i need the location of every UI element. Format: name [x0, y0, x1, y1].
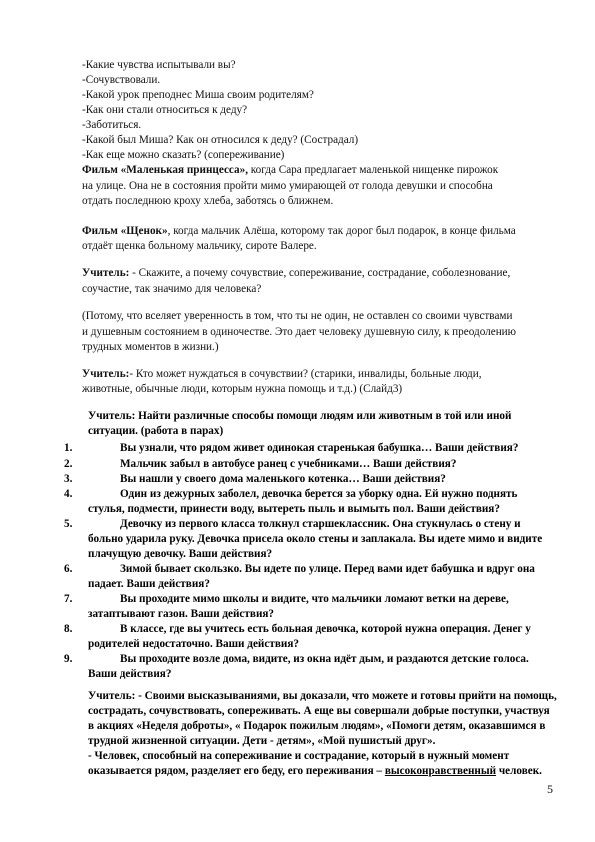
situation-number: 2.	[64, 457, 72, 471]
teacher-label: Учитель:	[82, 267, 129, 279]
film1-line: на улице. Она не в состояния пройти мимо…	[82, 179, 493, 193]
conclusion-line: в акциях «Неделя доброты», « Подарок пож…	[88, 719, 545, 733]
film1-paragraph: Фильм «Маленькая принцесса», когда Сара …	[82, 163, 498, 177]
situation-text: В классе, где вы учитесь есть больная де…	[120, 622, 531, 636]
film2-line: отдаёт щенка больному мальчику, сироте В…	[82, 239, 317, 253]
answer-line: трудных моментов в жизни.)	[82, 340, 219, 354]
situation-text: родителей недостаточно. Ваши действия?	[88, 637, 299, 651]
situation-number: 9.	[64, 652, 72, 666]
situation-text: падает. Ваши действия?	[88, 577, 210, 591]
situation-text: больно ударила руку. Девочка присела око…	[88, 532, 542, 546]
conclusion-line: сострадать, сочувствовать, сопереживать.…	[88, 704, 550, 718]
film2-title: Фильм «Щенок»	[82, 225, 168, 237]
task-heading: ситуации. (работа в парах)	[88, 424, 223, 438]
situation-text: Вы нашли у своего дома маленького котенк…	[120, 472, 446, 486]
situation-text: стулья, подмести, принести воду, вытерет…	[88, 502, 500, 516]
dialog-line: -Сочувствовали.	[82, 73, 160, 87]
situation-text: Ваши действия?	[88, 667, 171, 681]
teacher-question-text: - Скажите, а почему сочувствие, сопережи…	[129, 267, 510, 279]
situation-number: 8.	[64, 622, 72, 636]
situation-text: Один из дежурных заболел, девочка беретс…	[120, 487, 517, 501]
teacher-question-2: Учитель:- Кто может нуждаться в сочувств…	[82, 367, 482, 381]
teacher-label: Учитель:	[82, 368, 129, 380]
underlined-word: высоконравственный	[385, 765, 496, 777]
situation-number: 5.	[64, 517, 72, 531]
teacher-question-line: животные, обычные люди, которым нужна по…	[82, 382, 402, 396]
teacher-question-line: соучастие, так значимо для человека?	[82, 282, 261, 296]
task-heading: Учитель: Найти различные способы помощи …	[88, 409, 511, 423]
dialog-line: -Какие чувства испытывали вы?	[82, 58, 236, 72]
film1-title: Фильм «Маленькая принцесса»,	[82, 164, 248, 176]
conclusion-text: человек.	[496, 765, 542, 777]
dialog-line: -Как еще можно сказать? (сопереживание)	[82, 148, 284, 162]
situation-text: Вы узнали, что рядом живет одинокая стар…	[120, 441, 518, 455]
situation-text: Мальчик забыл в автобусе ранец с учебник…	[120, 457, 456, 471]
situation-number: 3.	[64, 472, 72, 486]
dialog-line: -Заботиться.	[82, 118, 141, 132]
film2-text: , когда мальчик Алёша, которому так доро…	[168, 225, 516, 237]
conclusion-line: - Человек, способный на сопереживание и …	[88, 749, 509, 763]
situation-text: затаптывают газон. Ваши действия?	[88, 607, 274, 621]
conclusion-line: трудной жизненной ситуации. Дети - детям…	[88, 734, 435, 748]
conclusion-last-line: оказывается рядом, разделяет его беду, е…	[88, 764, 542, 778]
teacher-question-1: Учитель: - Скажите, а почему сочувствие,…	[82, 266, 510, 280]
dialog-line: -Как они стали относиться к деду?	[82, 103, 247, 117]
situation-text: Девочку из первого класса толкнул старше…	[120, 517, 521, 531]
situation-text: плачущую девочку. Ваши действия?	[88, 547, 272, 561]
answer-line: (Потому, что вселяет уверенность в том, …	[82, 309, 512, 323]
teacher-question-text: - Кто может нуждаться в сочувствии? (ста…	[129, 368, 481, 380]
conclusion-line: Учитель: - Своими высказываниями, вы док…	[88, 689, 557, 703]
dialog-line: -Какой был Миша? Как он относился к деду…	[82, 133, 358, 147]
situation-number: 4.	[64, 487, 72, 501]
situation-text: Зимой бывает скользко. Вы идете по улице…	[120, 562, 535, 576]
film1-line: отдать последнюю кроху хлеба, заботясь о…	[82, 194, 333, 208]
situation-number: 6.	[64, 562, 72, 576]
film1-text: когда Сара предлагает маленькой нищенке …	[248, 164, 498, 176]
situation-text: Вы проходите мимо школы и видите, что ма…	[120, 592, 509, 606]
situation-text: Вы проходите возле дома, видите, из окна…	[120, 652, 529, 666]
answer-line: и душевным состоянием в одиночестве. Это…	[82, 325, 516, 339]
film2-paragraph: Фильм «Щенок», когда мальчик Алёша, кото…	[82, 224, 516, 238]
page-number: 5	[547, 782, 553, 797]
document-page: -Какие чувства испытывали вы? -Сочувство…	[0, 0, 595, 842]
situation-number: 1.	[64, 441, 72, 455]
situation-number: 7.	[64, 592, 72, 606]
dialog-line: -Какой урок преподнес Миша своим родител…	[82, 88, 314, 102]
conclusion-text: оказывается рядом, разделяет его беду, е…	[88, 765, 385, 777]
